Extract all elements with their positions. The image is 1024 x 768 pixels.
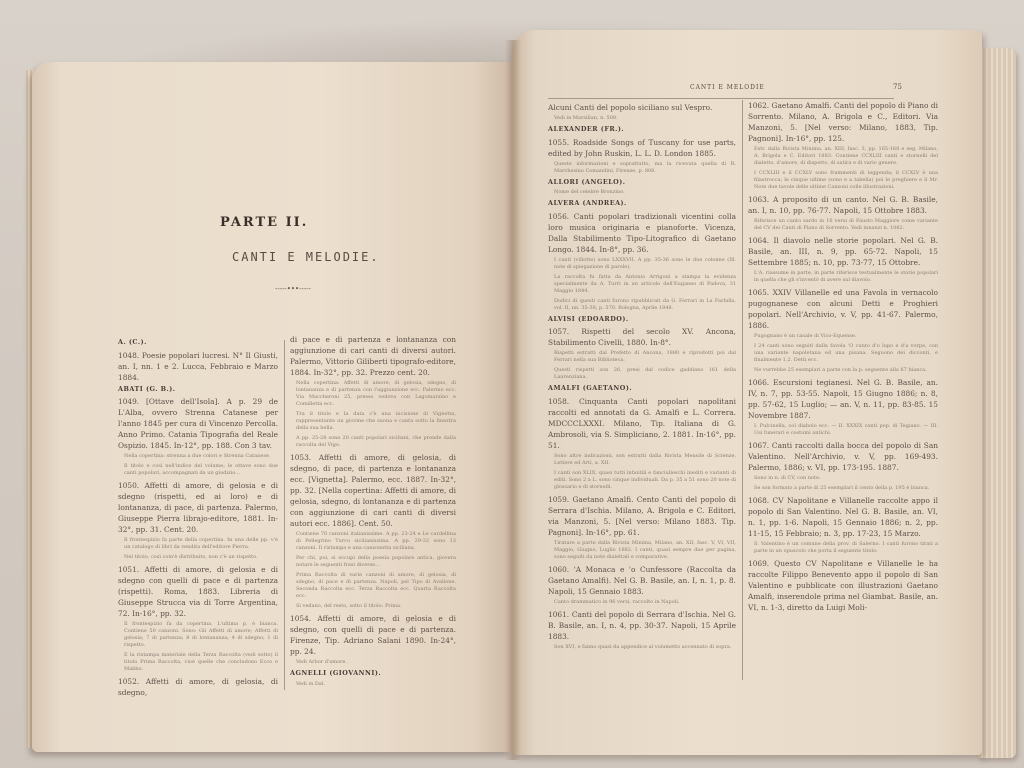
entry-note: Contiene 70 canzoni italianissime. A pp.…: [296, 531, 456, 552]
entry-note: Sono altre indicazioni, son estratti dal…: [554, 453, 736, 467]
entry-note: Nella copertina: Affetti di amore, di ge…: [296, 380, 456, 408]
entry-note: Rispetti estratti dal Prefetto di Ancona…: [554, 350, 736, 364]
bibliography-entry: 1050. Affetti di amore, di gelosia e di …: [118, 480, 278, 535]
entry-note: Sono in n. di CV, con note.: [754, 475, 938, 482]
bibliography-entry: 1057. Rispetti del secolo XV. Ancona, St…: [548, 326, 736, 348]
bibliography-entry: 1069. Questo CV Napolitane e Villanelle …: [748, 558, 938, 613]
entry-note: Vedi in Dal.: [296, 681, 456, 688]
entry-note: I canti (villotte) sono LXXXVII. A pp. 3…: [554, 257, 736, 271]
entry-note: E la ristampa materiale della Terza Racc…: [124, 652, 278, 673]
left-column-rule: [284, 340, 285, 690]
entry-note: Son XVI, e fanno quasi da appendice al v…: [554, 644, 736, 651]
ornament-divider: -----•••-----: [268, 288, 318, 291]
bibliography-entry: 1054. Affetti di amore, di gelosia e di …: [290, 613, 456, 657]
running-head: CANTI E MELODIE: [690, 84, 765, 91]
bibliography-entry: 1065. XXIV Villanelle ed una Favola in v…: [748, 287, 938, 331]
bibliography-entry: 1051. Affetti di amore, di gelosia e di …: [118, 564, 278, 619]
book-gutter: [505, 40, 521, 760]
bibliography-entry: 1053. Affetti di amore, di gelosia, di s…: [290, 452, 456, 529]
entry-note: Prima Raccolta di varie canzoni di amore…: [296, 572, 456, 600]
right-page-column-1: Alcuni Canti del popolo siciliano sul Ve…: [548, 102, 736, 654]
part-title: PARTE II.: [220, 215, 308, 230]
entry-note: Queste informazioni e soprattutto, ma la…: [554, 161, 736, 175]
entry-note: Il titolo e così nell'indice del volume;…: [124, 463, 278, 477]
entry-note: Questi rispetti son 26, presi dal codice…: [554, 367, 736, 381]
entry-note: Estr. dalla Rivista Minima, an. XIII, fa…: [754, 146, 938, 167]
left-page-column-2: di pace e di partenza e lontananza con a…: [290, 334, 456, 691]
entry-note: Riferisce un canto sardo in 16 versi di …: [754, 218, 938, 232]
author-heading: ALEXANDER (FR.).: [548, 125, 736, 135]
entry-note: Tra il titolo e la data c'è una incision…: [296, 411, 456, 432]
left-page-column-1: A. (C.).1048. Poesie popolari lucresi. N…: [118, 338, 278, 700]
author-heading: AGNELLI (GIOVANNI).: [290, 669, 456, 679]
entry-note: I. Pulcinella, col diabolo ecc. — II. XX…: [754, 423, 938, 437]
author-heading: ALVERA (ANDREA).: [548, 199, 736, 209]
bibliography-entry: 1066. Escursioni tegianesi. Nel G. B. Ba…: [748, 377, 938, 421]
entry-note: Si vedano, del resto, sotto il titolo: P…: [296, 603, 456, 610]
right-page-edges: [978, 48, 1016, 758]
bibliography-entry: Alcuni Canti del popolo siciliano sul Ve…: [548, 102, 736, 113]
right-page-column-2: 1062. Gaetano Amalfi. Canti del popolo d…: [748, 100, 938, 615]
part-subtitle: CANTI E MELODIE.: [232, 250, 380, 264]
author-heading: AMALFI (GAETANO).: [548, 384, 736, 394]
bibliography-entry: 1067. Canti raccolti dalla bocca del pop…: [748, 440, 938, 473]
bibliography-entry: 1062. Gaetano Amalfi. Canti del popolo d…: [748, 100, 938, 144]
entry-note: Vedi Arbor d'amore.: [296, 659, 456, 666]
bibliography-entry: 1048. Poesie popolari lucresi. N° Il Giu…: [118, 350, 278, 383]
entry-note: Se son formato a parte di 25 esemplari i…: [754, 485, 938, 492]
entry-note: Nel titolo, così com'è distribuito, non …: [124, 554, 278, 561]
entry-note: Ne vurrebbe 25 esemplari a parte con la …: [754, 367, 938, 374]
bibliography-entry: 1059. Gaetano Amalfi. Cento Canti del po…: [548, 494, 736, 538]
entry-note: A pp. 25-28 sono 20 canti popolari sicil…: [296, 435, 456, 449]
bibliography-entry: 1063. A proposito di un canto. Nel G. B.…: [748, 194, 938, 216]
entry-note: Canto drammatico in 96 versi, raccolto i…: [554, 599, 736, 606]
entry-note: Tirature a parte dalla Rivista Minima, M…: [554, 540, 736, 561]
bibliography-entry: 1061. Canti del popolo di Serrara d'Isch…: [548, 609, 736, 642]
bibliography-entry: 1052. Affetti di amore, di gelosia, di s…: [118, 676, 278, 698]
entry-note: L'A. riassume in parte, in parte riferis…: [754, 270, 938, 284]
entry-note: Nella copertina: strenna a due colori e …: [124, 453, 278, 460]
entry-note: Pugognano è un casale di Vico-Equense.: [754, 333, 938, 340]
bibliography-entry: di pace e di partenza e lontananza con a…: [290, 334, 456, 378]
bibliography-entry: 1049. [Ottave dell'Isola]. A p. 29 de L'…: [118, 396, 278, 451]
right-column-rule: [742, 100, 743, 680]
entry-note: I canti son XLIX, quasi tutti infantili …: [554, 470, 736, 491]
entry-note: Il frontespizio fa da copertina. L'ultim…: [124, 621, 278, 649]
bibliography-entry: 1056. Canti popolari tradizionali vicent…: [548, 211, 736, 255]
entry-note: Il frontespizio fa parte della copertina…: [124, 537, 278, 551]
author-heading: ALLORI (ANGELO).: [548, 178, 736, 188]
bibliography-entry: 1058. Cinquanta Canti popolari napolitan…: [548, 396, 736, 451]
bibliography-entry: 1055. Roadside Songs of Tuscany for use …: [548, 137, 736, 159]
bibliography-entry: 1064. Il diavolo nelle storie popolari. …: [748, 235, 938, 268]
bibliography-entry: 1068. CV Napolitane e Villanelle raccolt…: [748, 495, 938, 539]
entry-note: Vedi in Marsilian, n. 508.: [554, 115, 736, 122]
entry-note: Dodici di questi canti furono ripubblica…: [554, 298, 736, 312]
page-number: 75: [893, 83, 902, 91]
entry-note: Per chi, poi, si occupi della poesia pop…: [296, 555, 456, 569]
author-heading: ABATI (G. B.).: [118, 385, 278, 395]
author-heading: ALVISI (EDOARDO).: [548, 315, 736, 325]
entry-note: Nome del celebre Bronzino.: [554, 189, 736, 196]
entry-note: La raccolta fu fatta da Antonio Arrigoni…: [554, 274, 736, 295]
bibliography-entry: 1060. 'A Monaca e 'o Cunfessore (Raccolt…: [548, 564, 736, 597]
entry-note: I 24 canti sono seguiti dalla favola 'O …: [754, 343, 938, 364]
author-heading: A. (C.).: [118, 338, 278, 348]
entry-note: I CCXLIII e il CCXLV sono frammenti di l…: [754, 170, 938, 191]
entry-note: S. Valentino è un comune della prov. di …: [754, 541, 938, 555]
header-rule: [548, 98, 894, 99]
